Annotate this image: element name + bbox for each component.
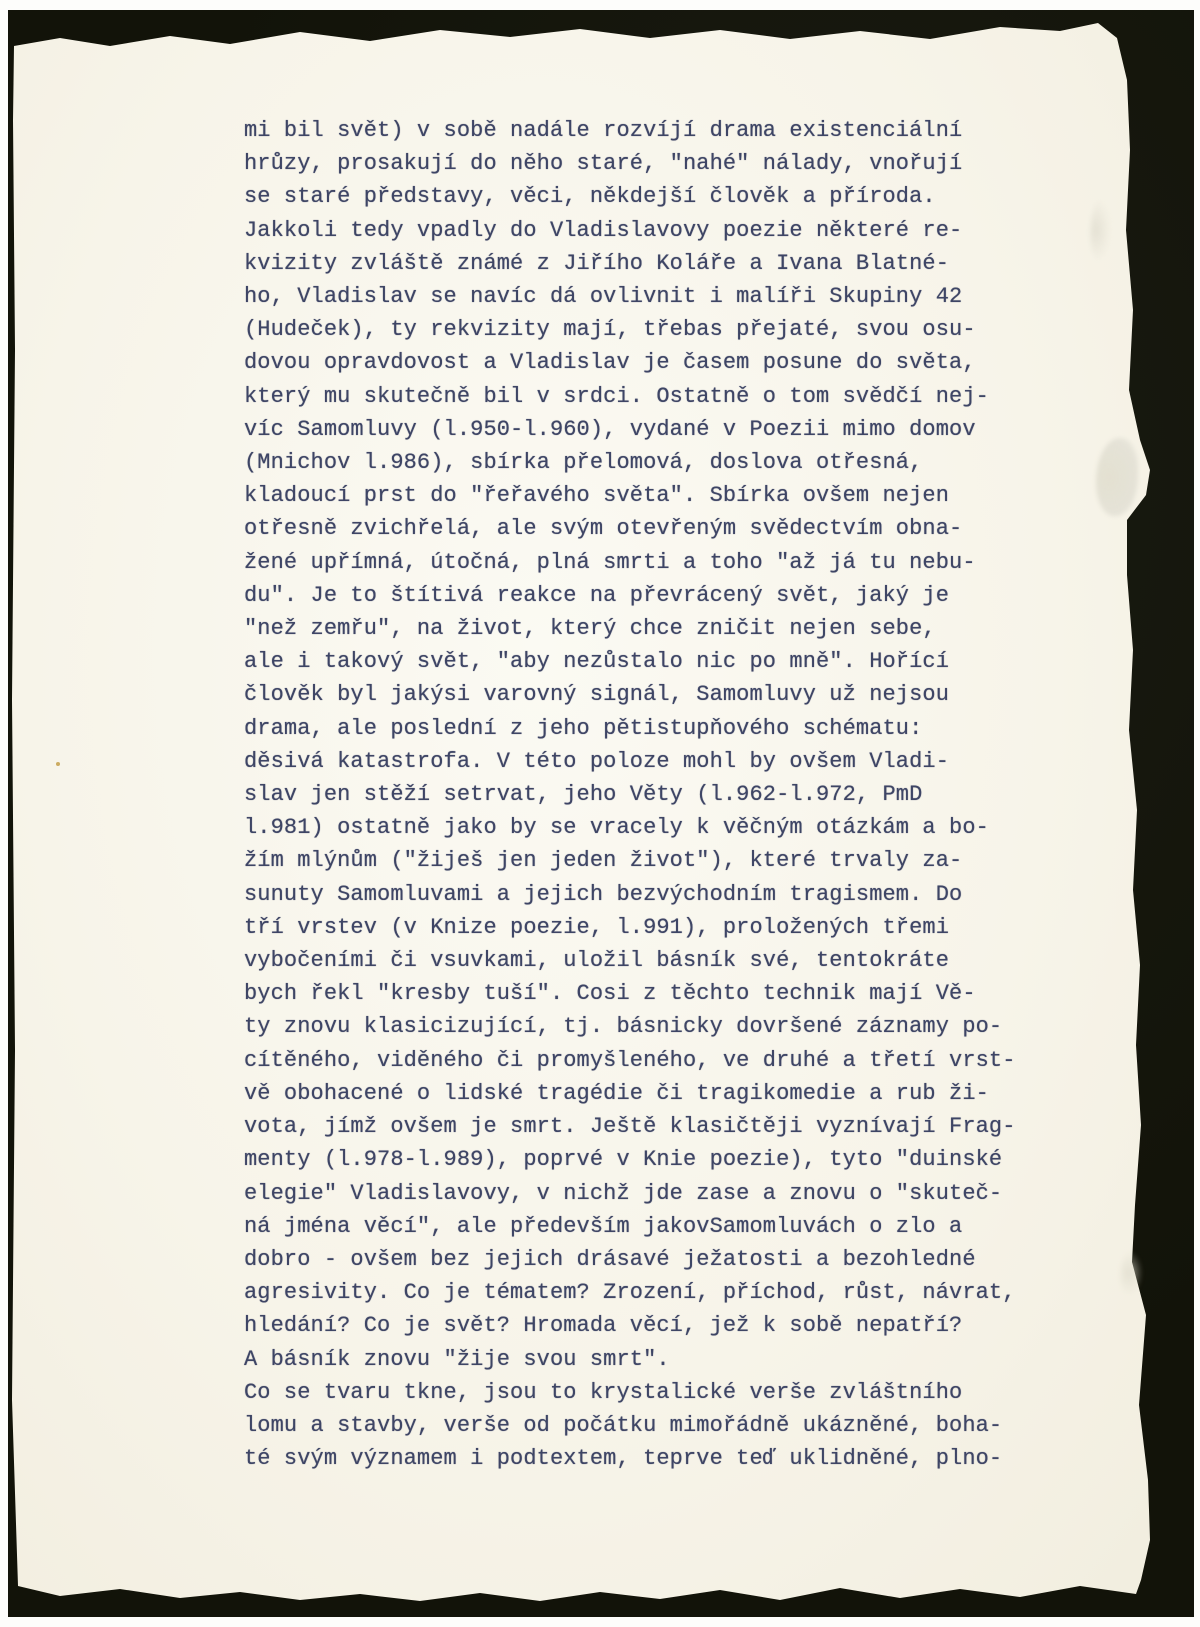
- typewritten-text: mi bil svět) v sobě nadále rozvíjí drama…: [244, 114, 1034, 1475]
- paper-speck: [56, 762, 60, 766]
- scanned-photo: mi bil svět) v sobě nadále rozvíjí drama…: [0, 0, 1200, 1627]
- manuscript-page: mi bil svět) v sobě nadále rozvíjí drama…: [0, 0, 1200, 1627]
